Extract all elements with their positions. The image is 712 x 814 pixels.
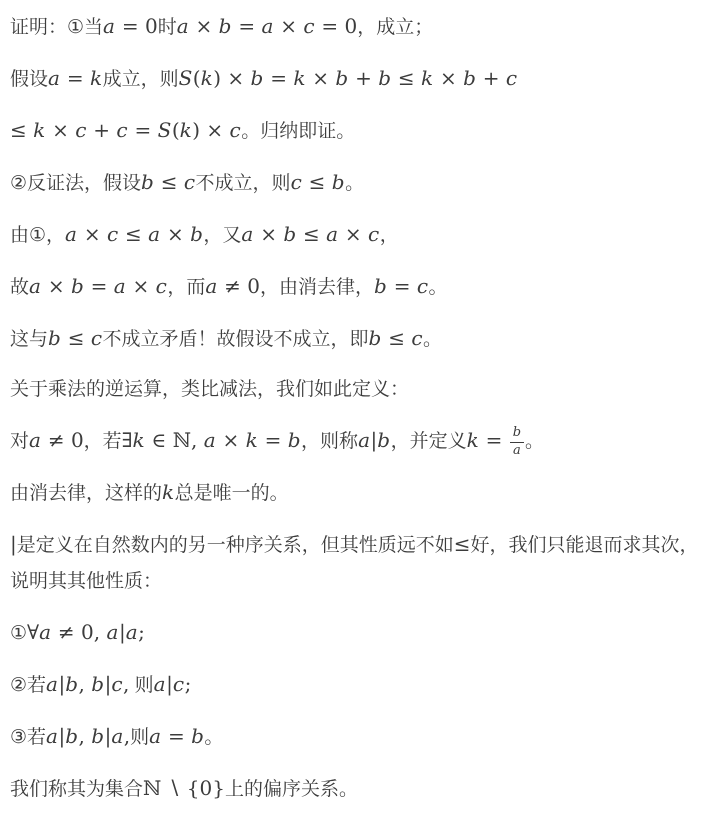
math-run: a|b (358, 428, 391, 452)
paragraph: 关于乘法的逆运算，类比减法，我们如此定义： (10, 372, 702, 408)
paragraph: ②若a|b, b|c, 则a|c; (10, 666, 702, 704)
text-run: ②反证法，假设 (10, 173, 141, 194)
paragraph: 故a × b = a × c，而a ≠ 0，由消去律，b = c。 (10, 268, 702, 306)
document-body: 证明：①当a = 0时a × b = a × c = 0，成立；假设a = k成… (10, 8, 702, 808)
math-run: ℕ ∖ {0} (143, 776, 225, 800)
text-run: ，则称 (301, 431, 358, 452)
math-run: ≤ k × c + c = S(k) × c (10, 118, 241, 142)
paragraph: ①∀a ≠ 0, a|a; (10, 614, 702, 652)
text-run: 假设 (10, 69, 48, 90)
text-run: 我们称其为集合 (10, 779, 143, 800)
text-run: 总是唯一的。 (175, 483, 289, 504)
math-run: b = c (374, 274, 429, 298)
math-run: a|b, b|a, (46, 724, 130, 748)
math-run: S(k) × b = k × b + b ≤ k × b + c (179, 66, 518, 90)
text-run: 不成立，则 (196, 173, 291, 194)
text-run: 成立，则 (103, 69, 179, 90)
text-run: 是定义在自然数内的另一种序关系，但其性质远不如 (17, 535, 454, 556)
text-run: ，又 (203, 225, 241, 246)
math-run: k = (467, 428, 509, 452)
math-run: a ≠ 0 (29, 428, 84, 452)
text-run: ③若 (10, 727, 46, 748)
math-run: b ≤ c (369, 326, 424, 350)
text-run: 。 (525, 431, 544, 452)
math-run: b ≤ c (141, 170, 196, 194)
math-run: ∃k ∈ ℕ, a × k = b (122, 428, 301, 452)
math-run: a × b ≤ a × c (241, 222, 379, 246)
paragraph: 我们称其为集合ℕ ∖ {0}上的偏序关系。 (10, 770, 702, 808)
math-run: a = 0 (103, 14, 158, 38)
text-run: ，而 (167, 277, 205, 298)
text-run: 则 (129, 675, 153, 696)
text-run: 。 (423, 329, 442, 350)
text-run: 由①， (10, 225, 65, 246)
text-run: 则 (130, 727, 149, 748)
math-run: a|c; (154, 672, 192, 696)
paragraph: ≤ k × c + c = S(k) × c。归纳即证。 (10, 112, 702, 150)
paragraph: 对a ≠ 0，若∃k ∈ ℕ, a × k = b，则称a|b，并定义k = b… (10, 422, 702, 460)
math-run: a = b (149, 724, 204, 748)
text-run: 关于乘法的逆运算，类比减法，我们如此定义： (10, 379, 409, 400)
fraction-numerator: b (510, 426, 524, 443)
math-run: ∀a ≠ 0, a|a; (27, 620, 145, 644)
paragraph: |是定义在自然数内的另一种序关系，但其性质远不如≤好，我们只能退而求其次，说明其… (10, 526, 702, 600)
text-run: ， (380, 225, 399, 246)
text-run: 不成立矛盾！故假设不成立，即 (103, 329, 369, 350)
math-run: k (162, 480, 175, 504)
math-run: | (10, 532, 17, 556)
math-run: b ≤ c (48, 326, 103, 350)
text-run: ① (10, 623, 27, 644)
text-run: 由消去律，这样的 (10, 483, 162, 504)
text-run: 这与 (10, 329, 48, 350)
text-run: 。 (429, 277, 448, 298)
math-run: a = k (48, 66, 103, 90)
paragraph: 证明：①当a = 0时a × b = a × c = 0，成立； (10, 8, 702, 46)
paragraph: 由消去律，这样的k总是唯一的。 (10, 474, 702, 512)
math-run: c ≤ b (291, 170, 346, 194)
text-run: 。归纳即证。 (241, 121, 355, 142)
math-run: a ≠ 0 (205, 274, 260, 298)
math-run: a × c ≤ a × b (65, 222, 203, 246)
text-run: 上的偏序关系。 (225, 779, 358, 800)
text-run: ，并定义 (391, 431, 467, 452)
text-run: 。 (345, 173, 364, 194)
math-run: a|b, b|c, (46, 672, 129, 696)
paragraph: 这与b ≤ c不成立矛盾！故假设不成立，即b ≤ c。 (10, 320, 702, 358)
paragraph: ②反证法，假设b ≤ c不成立，则c ≤ b。 (10, 164, 702, 202)
paragraph: 假设a = k成立，则S(k) × b = k × b + b ≤ k × b … (10, 60, 702, 98)
math-fraction: ba (510, 426, 524, 459)
math-run: a × b = a × c = 0 (177, 14, 358, 38)
text-run: 对 (10, 431, 29, 452)
math-run: a × b = a × c (29, 274, 167, 298)
text-run: 证明：①当 (10, 17, 103, 38)
math-run: ≤ (454, 532, 471, 556)
paragraph: 由①，a × c ≤ a × b，又a × b ≤ a × c， (10, 216, 702, 254)
paragraph: ③若a|b, b|a,则a = b。 (10, 718, 702, 756)
text-run: 故 (10, 277, 29, 298)
text-run: 。 (204, 727, 223, 748)
text-run: ②若 (10, 675, 46, 696)
text-run: ，由消去律， (260, 277, 374, 298)
text-run: ，成立； (357, 17, 433, 38)
fraction-denominator: a (510, 443, 524, 459)
text-run: 时 (158, 17, 177, 38)
text-run: ，若 (84, 431, 122, 452)
